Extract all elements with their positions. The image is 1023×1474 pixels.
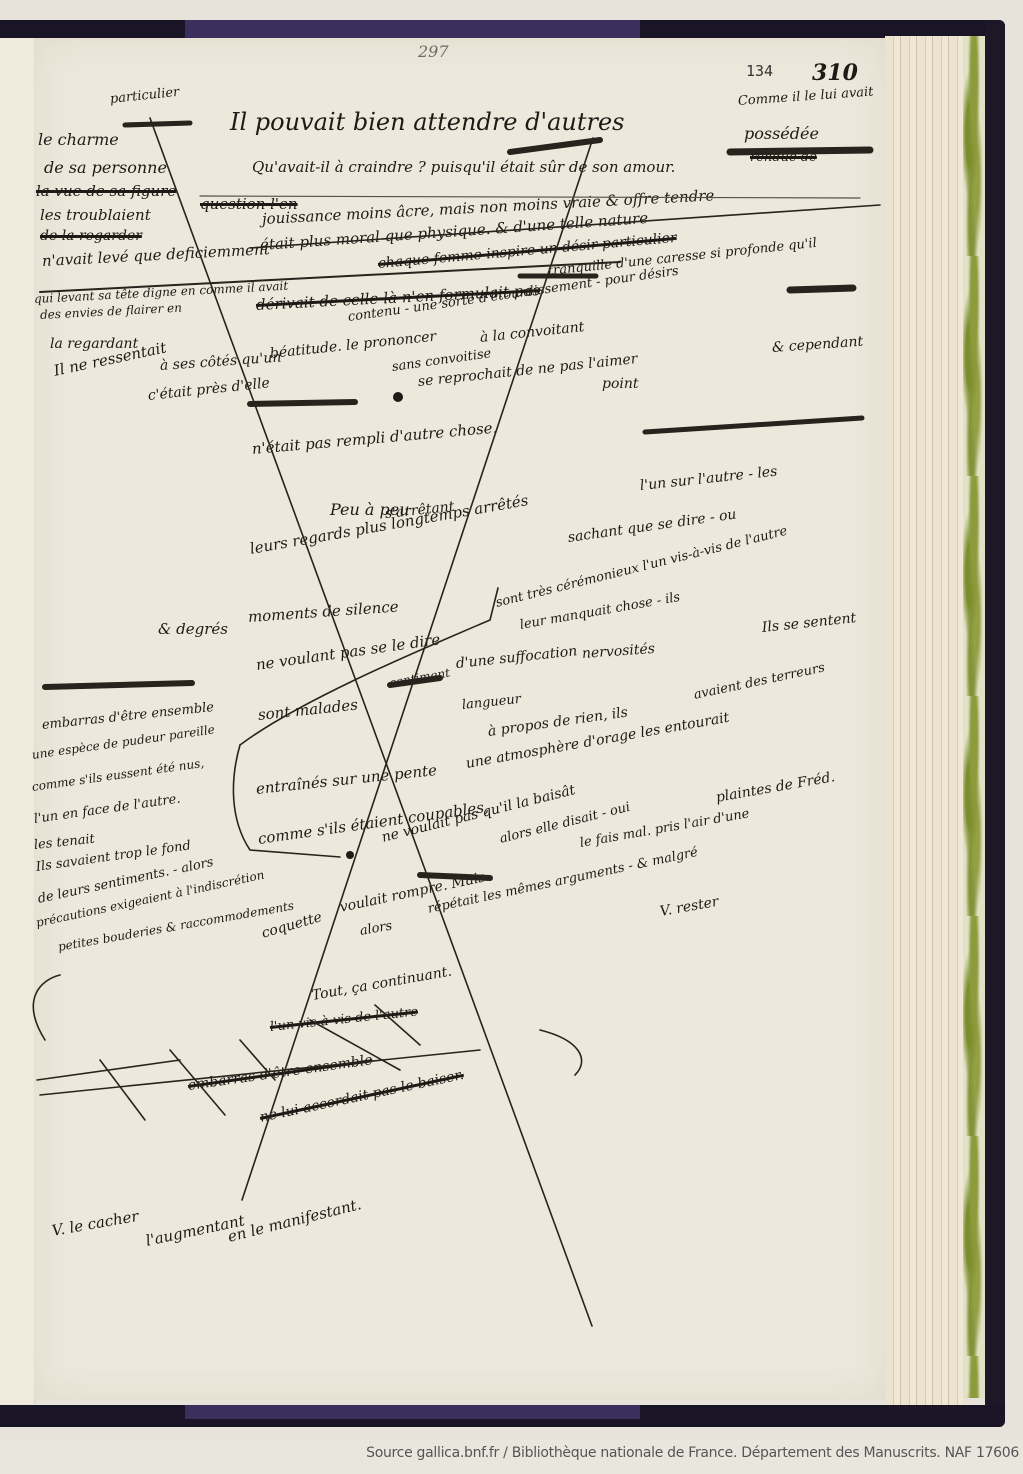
main-line: Qu'avait-il à craindre ? puisqu'il était… xyxy=(252,158,675,176)
binding-top xyxy=(0,20,1005,38)
stamped-number: 134 xyxy=(746,62,773,80)
main-line: Il pouvait bien attendre d'autres xyxy=(230,108,625,136)
margin-note-struck: de la regarder xyxy=(40,228,142,244)
margin-note-struck: la vue de sa figure xyxy=(36,182,176,200)
ink-folio: 310 xyxy=(812,60,858,86)
pencil-folio: 297 xyxy=(418,42,449,61)
margin-note: & degrés xyxy=(158,620,228,638)
manuscript-scan: 297 134 310 particulier le charme de sa … xyxy=(0,0,1023,1440)
upper-right-note: possédée xyxy=(744,124,819,143)
source-caption: Source gallica.bnf.fr / Bibliothèque nat… xyxy=(366,1445,1019,1461)
binding-bottom xyxy=(0,1405,1005,1427)
left-page-edge xyxy=(0,38,35,1404)
margin-note: les troublaient xyxy=(40,206,151,224)
marbled-endpaper xyxy=(963,36,985,1398)
binding-purple-strip xyxy=(185,1405,640,1419)
upper-right-note-struck: rendue de xyxy=(750,150,817,165)
main-line: point xyxy=(602,376,639,392)
margin-note: le charme xyxy=(38,130,119,149)
page-edges xyxy=(885,36,963,1406)
binding-purple-strip xyxy=(185,20,640,38)
margin-note: de sa personne xyxy=(44,158,167,177)
binding-right xyxy=(985,20,1005,1427)
